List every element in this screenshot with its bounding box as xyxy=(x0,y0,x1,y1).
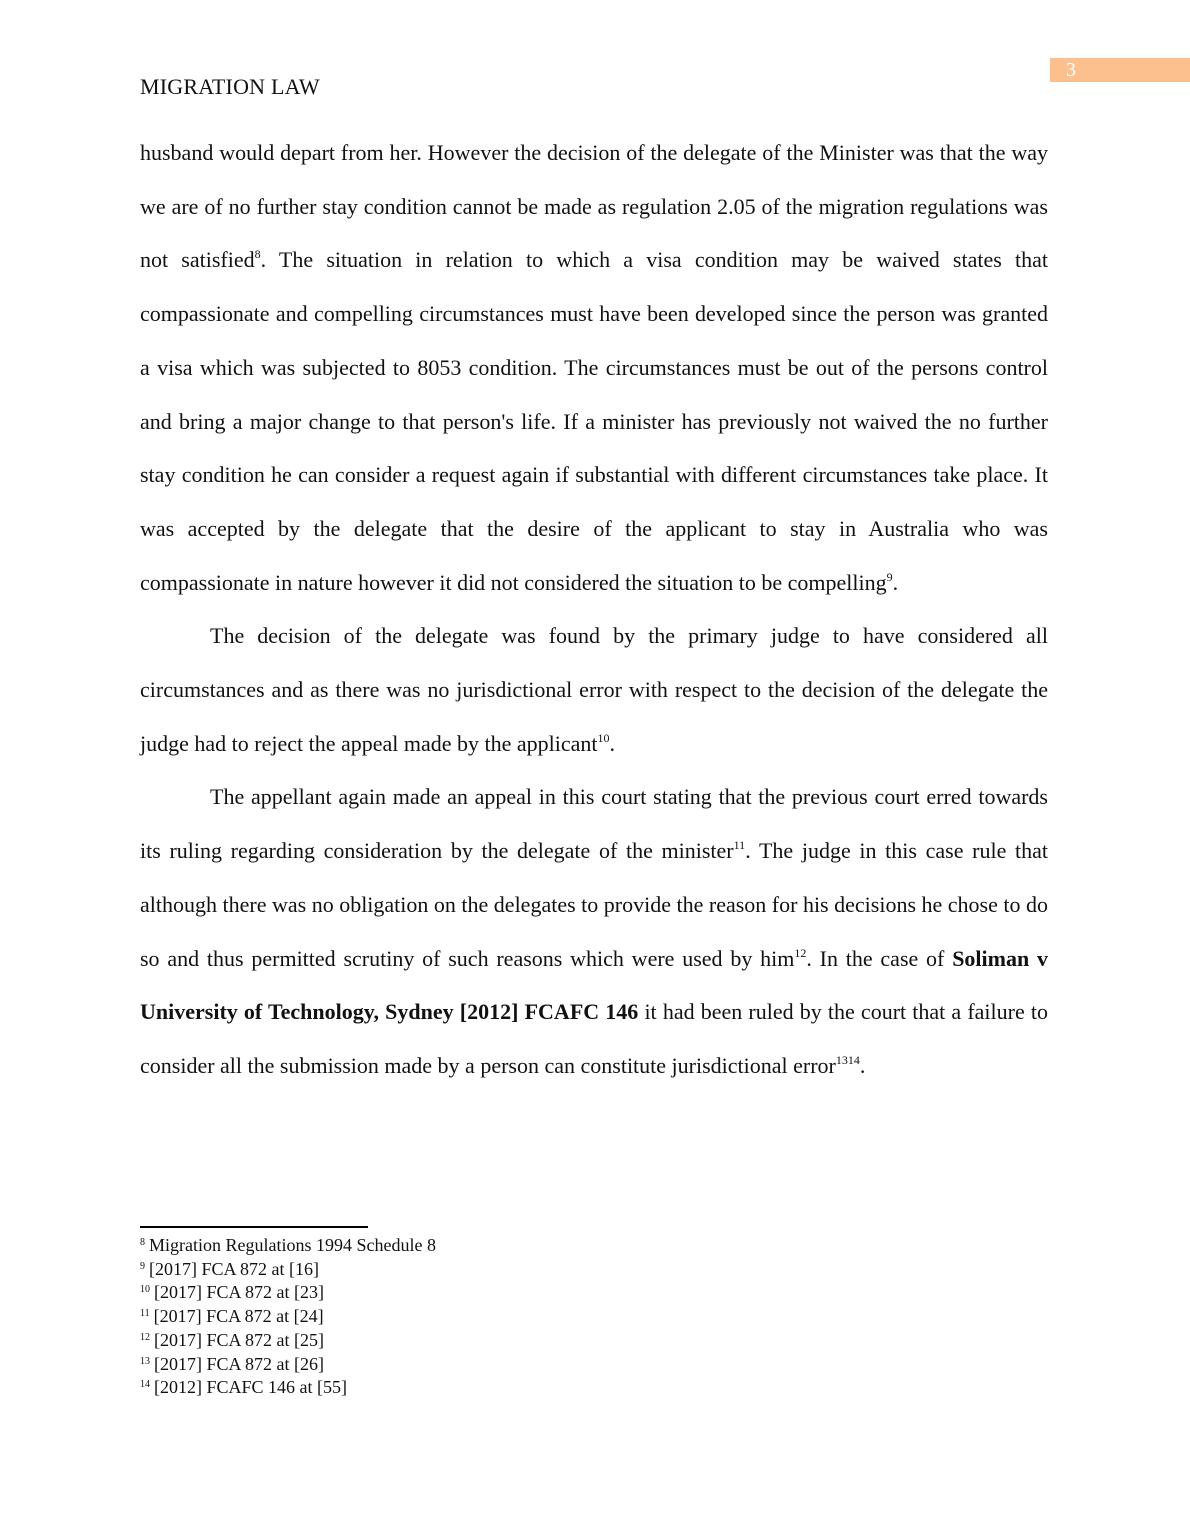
running-head: MIGRATION LAW xyxy=(140,74,320,100)
footnote-8: 8Migration Regulations 1994 Schedule 8 xyxy=(140,1234,436,1258)
footnote-11: 11[2017] FCA 872 at [24] xyxy=(140,1305,436,1329)
footnote-10: 10[2017] FCA 872 at [23] xyxy=(140,1281,436,1305)
footnote-ref-12[interactable]: 12 xyxy=(794,946,806,960)
document-body: husband would depart from her. However t… xyxy=(140,126,1048,1093)
footnote-text: [2017] FCA 872 at [24] xyxy=(154,1306,324,1326)
text-run: . The situation in relation to which a v… xyxy=(140,247,1048,594)
footnotes: 8Migration Regulations 1994 Schedule 8 9… xyxy=(140,1234,436,1400)
footnote-number: 10 xyxy=(140,1284,150,1295)
footnote-text: [2012] FCAFC 146 at [55] xyxy=(154,1377,347,1397)
footnote-text: [2017] FCA 872 at [25] xyxy=(154,1330,324,1350)
footnote-ref-13-14[interactable]: 1314 xyxy=(836,1053,860,1067)
footnote-number: 8 xyxy=(140,1237,145,1248)
footnote-text: [2017] FCA 872 at [16] xyxy=(149,1259,319,1279)
text-run: . xyxy=(610,731,616,756)
paragraph-1: husband would depart from her. However t… xyxy=(140,126,1048,609)
footnote-number: 14 xyxy=(140,1379,150,1390)
footnote-13: 13[2017] FCA 872 at [26] xyxy=(140,1353,436,1377)
page-number-bar: 3 xyxy=(1050,58,1190,82)
footnote-14: 14[2012] FCAFC 146 at [55] xyxy=(140,1376,436,1400)
paragraph-2: The decision of the delegate was found b… xyxy=(140,609,1048,770)
footnote-9: 9[2017] FCA 872 at [16] xyxy=(140,1258,436,1282)
footnote-12: 12[2017] FCA 872 at [25] xyxy=(140,1329,436,1353)
page-number: 3 xyxy=(1066,58,1076,82)
footnote-number: 13 xyxy=(140,1356,150,1367)
footnote-ref-10[interactable]: 10 xyxy=(598,731,610,745)
text-run: . xyxy=(893,570,899,595)
footnote-text: [2017] FCA 872 at [23] xyxy=(154,1282,324,1302)
footnote-text: [2017] FCA 872 at [26] xyxy=(154,1354,324,1374)
footnote-separator xyxy=(140,1226,368,1228)
footnote-number: 12 xyxy=(140,1332,150,1343)
footnote-number: 11 xyxy=(140,1308,150,1319)
footnote-number: 9 xyxy=(140,1261,145,1272)
footnote-ref-11[interactable]: 11 xyxy=(734,838,746,852)
text-run: . xyxy=(860,1053,866,1078)
footnote-text: Migration Regulations 1994 Schedule 8 xyxy=(149,1235,436,1255)
paragraph-3: The appellant again made an appeal in th… xyxy=(140,770,1048,1092)
text-run: . In the case of xyxy=(806,946,952,971)
text-run: The decision of the delegate was found b… xyxy=(140,623,1048,755)
